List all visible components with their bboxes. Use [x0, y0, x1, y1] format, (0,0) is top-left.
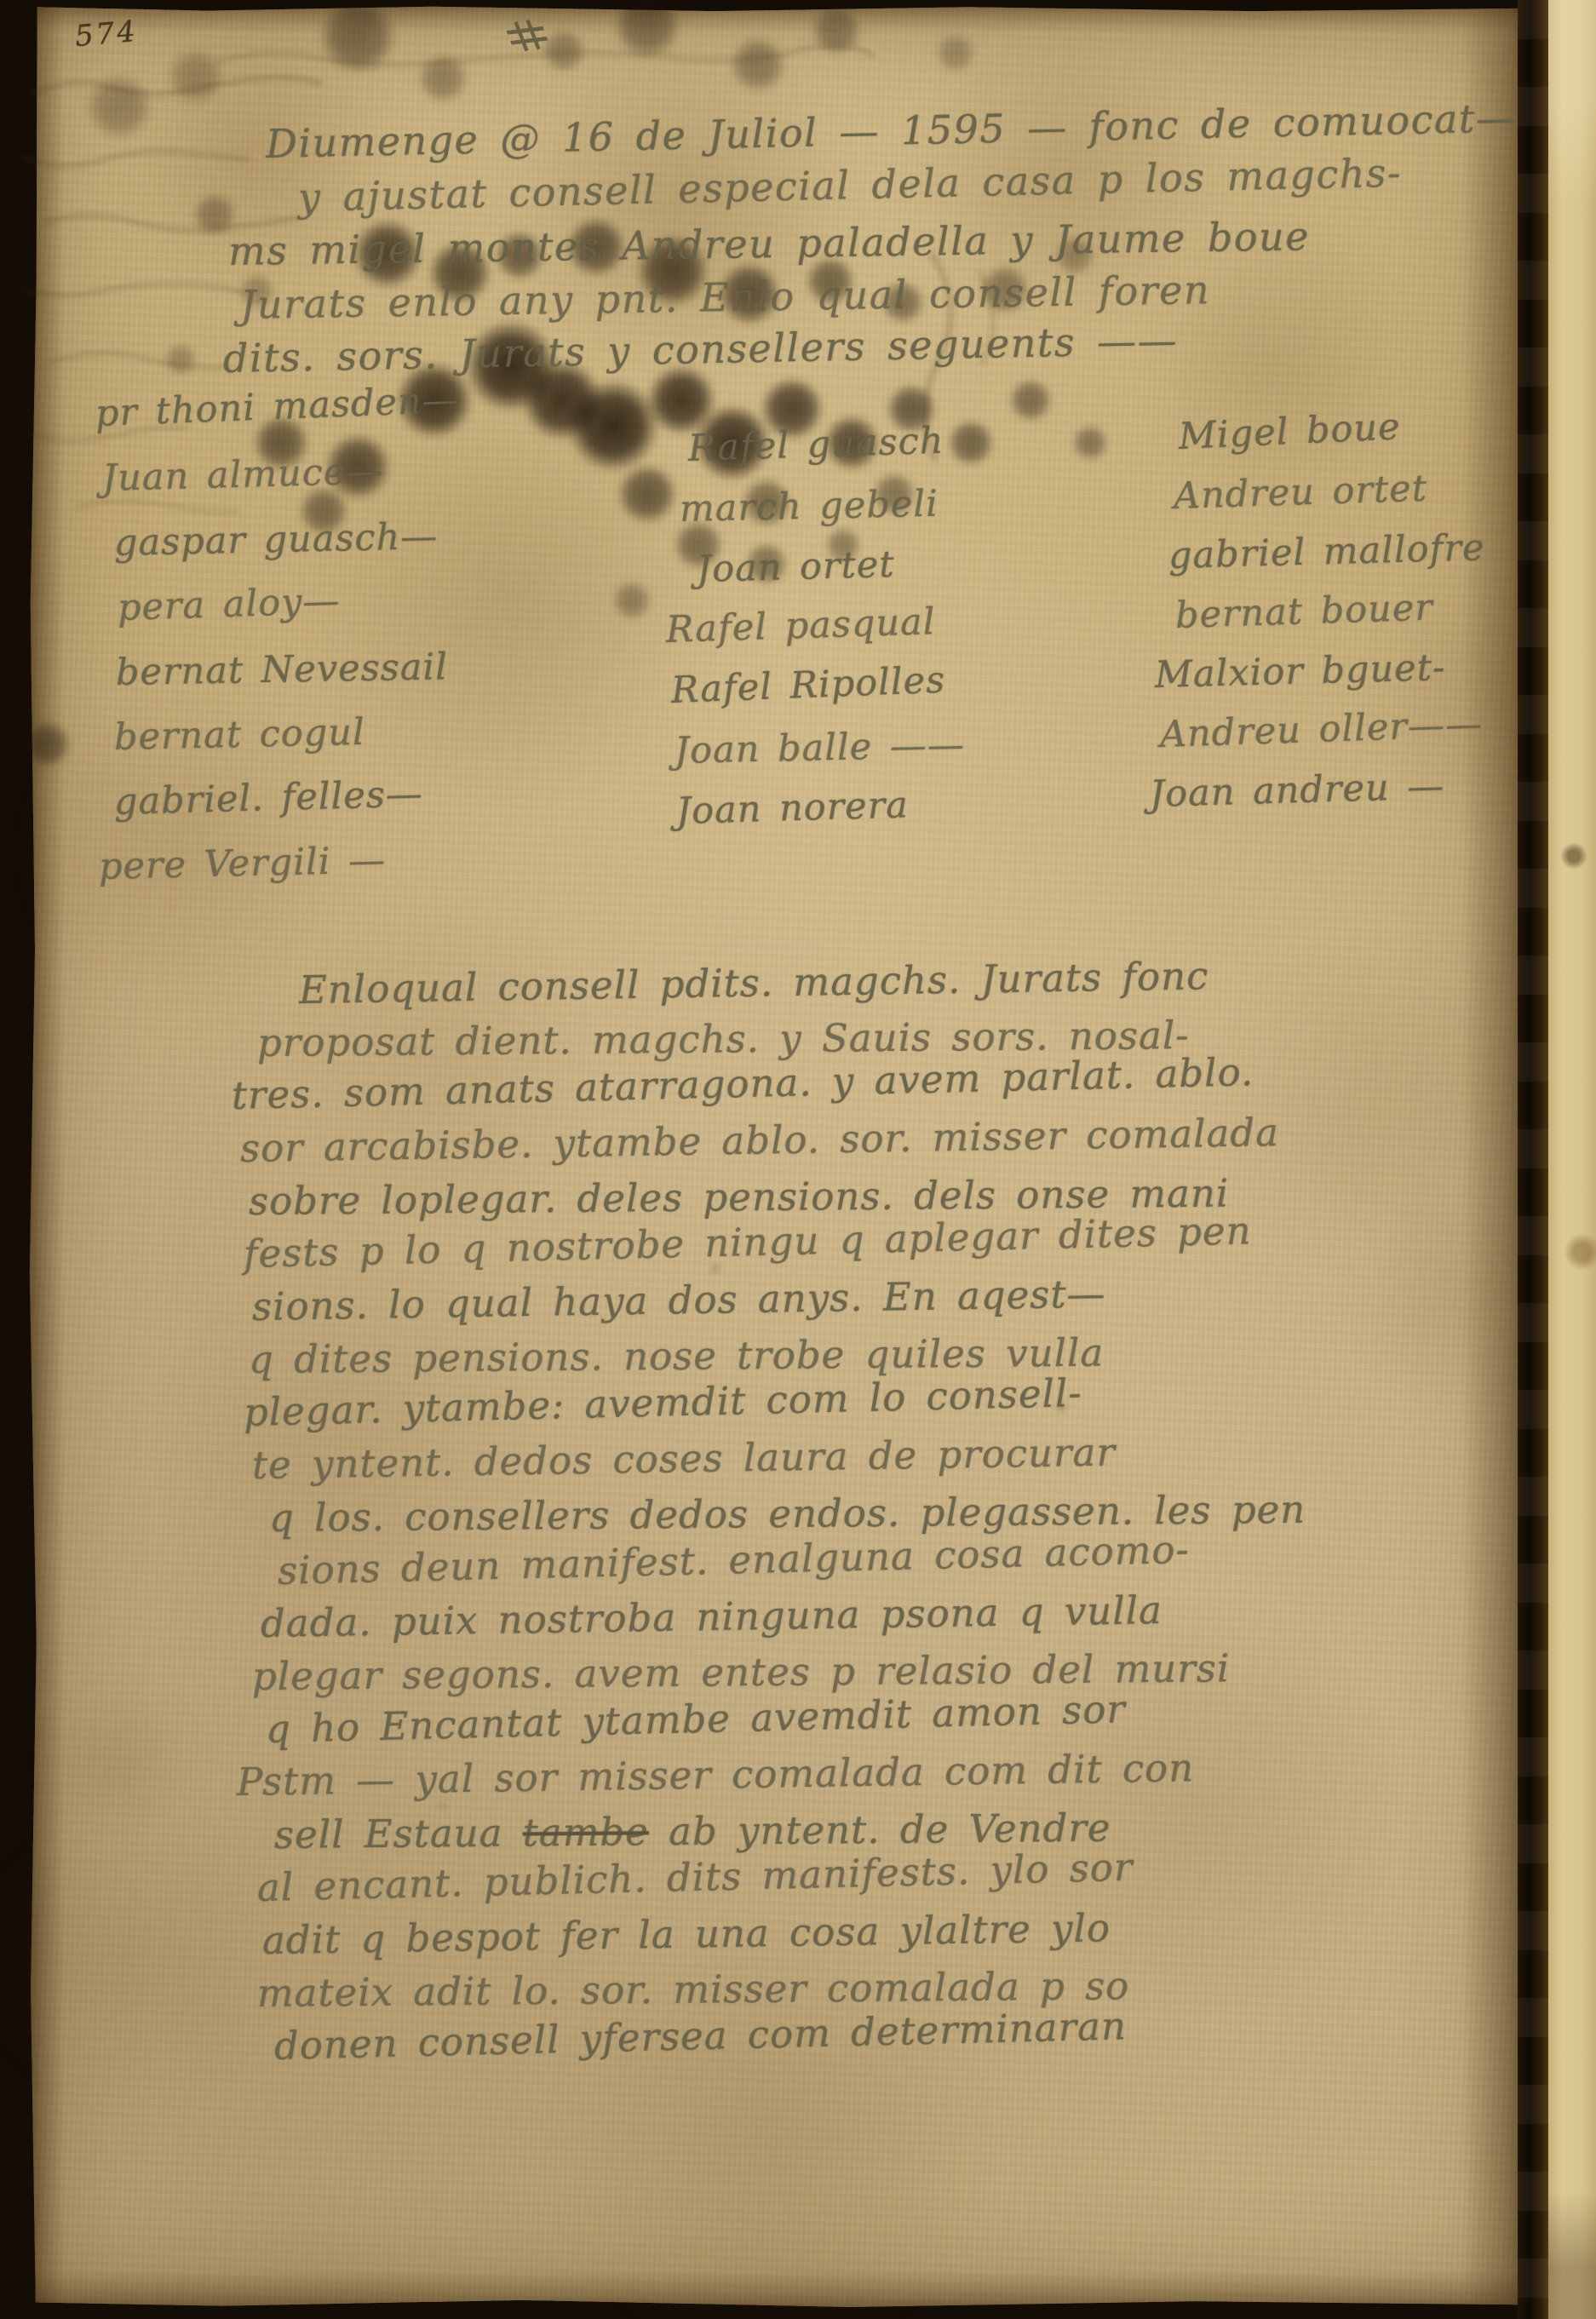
- name-entry: Andreu oller——: [1159, 694, 1484, 765]
- next-page-edge: [1548, 0, 1596, 2319]
- name-entry: Rafel pasqual: [665, 591, 957, 661]
- name-entry: bernat bouer: [1174, 576, 1499, 646]
- name-entry: Rafel Ripolles: [670, 650, 962, 721]
- name-entry: Joan andreu —: [1149, 755, 1473, 824]
- name-entry: Joan balle ——: [674, 715, 965, 782]
- name-entry: pere Vergili —: [98, 826, 463, 899]
- name-entry: march gebeli: [679, 474, 970, 540]
- name-column-left: pr thoni masden—Juan almuce—gaspar guasc…: [95, 382, 460, 899]
- name-entry: Rafel guasch: [687, 410, 979, 479]
- name-entry: Andreu ortet: [1173, 456, 1497, 526]
- name-entry: bernat cogul: [113, 697, 479, 770]
- name-entry: Juan almuce—: [101, 437, 468, 511]
- header-paragraph: Diumenge @ 16 de Juliol — 1595 — fonc de…: [213, 118, 1464, 386]
- name-entry: pera aloy—: [117, 565, 483, 640]
- folio-number: 574: [73, 14, 139, 54]
- body-paragraph: Enloqual consell pdits. magchs. Jurats f…: [252, 964, 1291, 2073]
- name-entry: Joan norera: [675, 773, 967, 841]
- name-column-right: Migel boueAndreu ortetgabriel mallofrebe…: [1160, 407, 1483, 824]
- name-entry: gabriel mallofre: [1168, 518, 1492, 586]
- name-entry: Malxior bguet-: [1154, 637, 1478, 705]
- name-column-middle: Rafel guaschmarch gebeliJoan ortetRafel …: [666, 419, 956, 842]
- name-entry: pr thoni masden—: [95, 368, 461, 446]
- binding-groove: [1518, 0, 1548, 2319]
- struck-word: tambe: [523, 1809, 649, 1855]
- name-entry: gabriel. felles—: [113, 761, 479, 835]
- manuscript-scan: { "document": { "kind": "council-minutes…: [0, 0, 1596, 2319]
- name-entry: Joan ortet: [696, 532, 988, 600]
- name-entry: bernat Nevessail: [115, 634, 480, 705]
- name-entry: gaspar guasch—: [113, 503, 479, 576]
